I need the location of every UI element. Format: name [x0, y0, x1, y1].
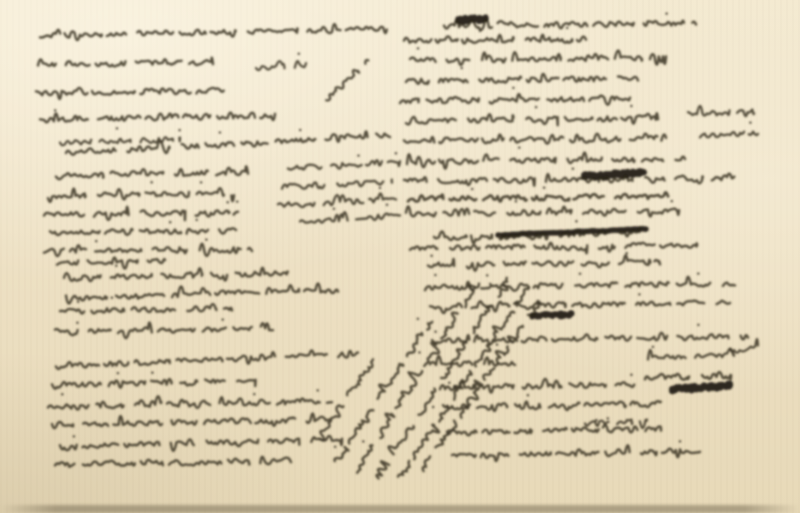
- ink-dot: [227, 201, 229, 203]
- handwriting-line: [700, 121, 758, 137]
- handwriting-line: [648, 346, 734, 360]
- ink-dot: [298, 53, 300, 55]
- handwriting-line: [408, 187, 668, 202]
- ink-dot: [486, 274, 488, 276]
- ink-dot: [461, 67, 463, 69]
- ink-dot: [196, 219, 198, 221]
- ink-dot: [697, 272, 699, 274]
- handwriting-line: [36, 88, 224, 99]
- handwriting-line: [278, 187, 396, 207]
- handwriting-line: [282, 180, 392, 189]
- handwriting-line: [440, 374, 634, 393]
- ink-dot: [219, 131, 221, 133]
- ink-dot: [77, 301, 79, 303]
- ink-dot: [362, 440, 365, 443]
- ink-dot: [527, 394, 529, 396]
- ink-dot: [434, 330, 437, 333]
- handwriting-line: [407, 146, 685, 168]
- handwriting-line: [288, 152, 400, 169]
- ink-dot: [498, 235, 500, 237]
- handwriting-line: [585, 420, 647, 429]
- handwriting-line: [688, 106, 754, 116]
- ink-dot: [430, 255, 432, 257]
- ink-dot: [579, 273, 581, 275]
- ink-dot: [518, 146, 520, 148]
- handwriting-line: [315, 358, 379, 441]
- handwriting-line: [56, 166, 248, 179]
- ink-dot: [515, 200, 517, 202]
- handwriting-line: [404, 27, 586, 44]
- handwriting-line: [50, 219, 236, 235]
- handwriting-line: [645, 372, 731, 380]
- ink-dot: [317, 389, 319, 391]
- handwriting-line: [367, 271, 512, 481]
- ink-dot: [495, 343, 498, 346]
- ink-dot: [116, 127, 118, 129]
- handwriting-ink-layer: [0, 0, 800, 513]
- handwriting-line: [406, 67, 638, 84]
- ink-dot: [205, 238, 207, 240]
- handwriting-line: [48, 181, 234, 202]
- ink-dot: [333, 208, 335, 210]
- handwriting-line: [66, 284, 338, 304]
- ink-dot: [749, 121, 751, 123]
- ink-dot: [76, 322, 78, 324]
- ink-dot: [434, 274, 436, 276]
- handwriting-line: [38, 58, 213, 67]
- ink-dot: [236, 200, 238, 202]
- handwriting-line: [44, 200, 238, 220]
- ink-blot: [458, 17, 486, 22]
- manuscript-page: [0, 0, 800, 513]
- handwriting-line: [48, 389, 332, 409]
- ink-dot: [357, 154, 359, 156]
- ink-dot: [479, 30, 481, 32]
- ink-dot: [379, 187, 381, 189]
- ink-dot: [671, 200, 673, 202]
- ink-dot: [253, 393, 255, 395]
- ink-dot: [418, 351, 421, 354]
- ink-dot: [137, 297, 139, 299]
- ink-dot: [151, 181, 153, 183]
- ink-dot: [395, 152, 397, 154]
- page-edge-shadow: [0, 505, 800, 513]
- ink-dot: [151, 372, 153, 374]
- handwriting-line: [323, 58, 370, 101]
- handwriting-line: [256, 53, 306, 70]
- ink-dot: [54, 109, 56, 111]
- ink-dot: [543, 187, 545, 189]
- ink-dot: [169, 221, 171, 223]
- ink-dot: [95, 240, 97, 242]
- strikethrough-mark: [498, 229, 646, 236]
- handwriting-line: [52, 372, 256, 389]
- handwriting-line: [430, 354, 515, 366]
- handwriting-line: [64, 265, 288, 281]
- handwriting-line: [428, 252, 660, 271]
- ink-blot: [584, 171, 644, 178]
- handwriting-line: [60, 435, 342, 451]
- handwriting-line: [443, 394, 661, 411]
- handwriting-line: [404, 168, 734, 186]
- handwriting-line: [40, 24, 387, 40]
- ink-dot: [630, 105, 632, 107]
- ink-dot: [471, 188, 473, 190]
- handwriting-line: [44, 238, 252, 256]
- ink-dot: [448, 381, 451, 384]
- handwriting-line: [730, 339, 758, 353]
- handwriting-line: [55, 457, 291, 467]
- handwriting-line: [400, 87, 630, 105]
- handwriting-line: [410, 47, 666, 65]
- handwriting-line: [425, 272, 735, 290]
- ink-blot: [532, 313, 572, 317]
- ink-dot: [200, 181, 202, 183]
- handwriting-line: [56, 350, 358, 368]
- ink-dot: [679, 440, 681, 442]
- handwriting-line: [55, 318, 273, 338]
- ink-dot: [595, 419, 597, 421]
- ink-dot: [178, 129, 180, 131]
- ink-dot: [566, 27, 568, 29]
- ink-dot: [626, 252, 628, 254]
- ink-blot: [672, 384, 730, 392]
- ink-dot: [222, 318, 224, 320]
- ink-dot: [535, 106, 537, 108]
- handwriting-line: [404, 134, 666, 144]
- ink-dot: [652, 346, 654, 348]
- ink-dot: [386, 204, 388, 206]
- ink-dot: [575, 220, 577, 222]
- ink-dot: [73, 435, 75, 437]
- ink-dot: [638, 293, 640, 295]
- ink-dot: [697, 324, 699, 326]
- handwriting-line: [300, 204, 400, 223]
- ink-dot: [417, 47, 419, 49]
- ink-dot: [665, 12, 667, 14]
- handwriting-line: [52, 414, 330, 429]
- ink-dot: [61, 393, 63, 395]
- ink-dot: [607, 417, 609, 419]
- ink-dot: [572, 168, 574, 170]
- ink-dot: [512, 87, 514, 89]
- handwriting-line: [406, 200, 679, 216]
- handwriting-line: [406, 105, 658, 125]
- handwriting-line: [434, 232, 492, 244]
- handwriting-line: [57, 258, 165, 269]
- handwriting-line: [430, 293, 730, 313]
- ink-dot: [334, 445, 337, 448]
- handwriting-line: [40, 109, 275, 122]
- ink-dot: [111, 297, 113, 299]
- ink-dot: [630, 374, 632, 376]
- ink-dot: [115, 265, 117, 267]
- handwriting-line: [452, 440, 700, 461]
- ink-dot: [299, 129, 301, 131]
- ink-dot: [416, 317, 419, 320]
- ink-dot: [432, 405, 435, 408]
- ink-dot: [117, 372, 119, 374]
- ink-dot: [503, 354, 505, 356]
